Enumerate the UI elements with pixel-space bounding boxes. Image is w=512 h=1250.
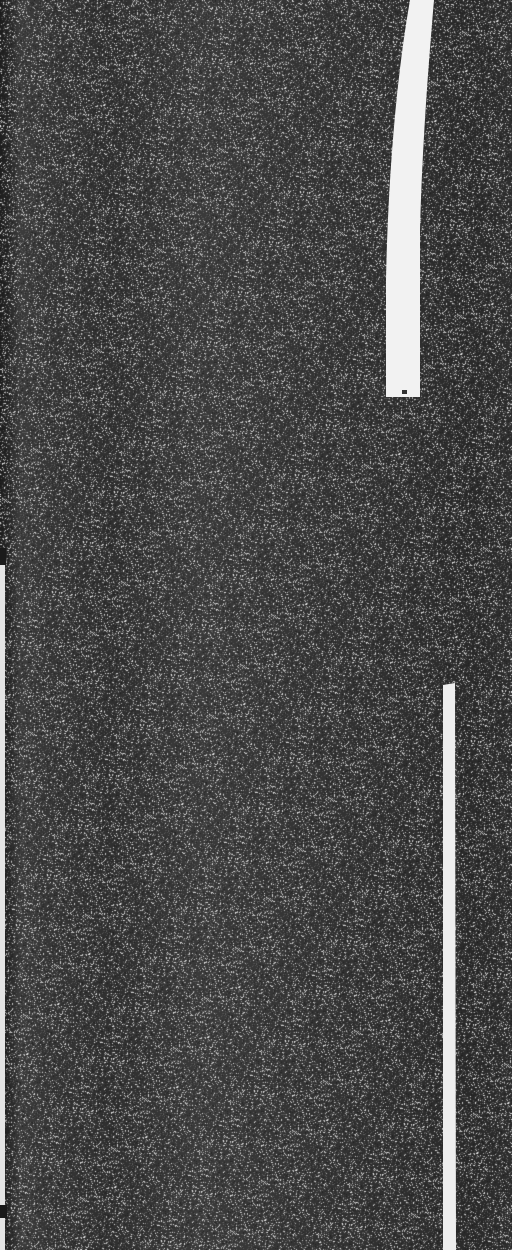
marking-defect xyxy=(402,390,407,394)
asphalt-road-surface xyxy=(0,0,512,1250)
edge-line-dark-gap xyxy=(0,1205,7,1218)
straight-lane-marking xyxy=(443,683,456,1250)
edge-line xyxy=(0,565,5,1205)
edge-line-dark-gap xyxy=(0,548,6,565)
curved-lane-marking xyxy=(386,0,434,397)
edge-line xyxy=(0,1218,5,1250)
lane-markings xyxy=(0,0,512,1250)
